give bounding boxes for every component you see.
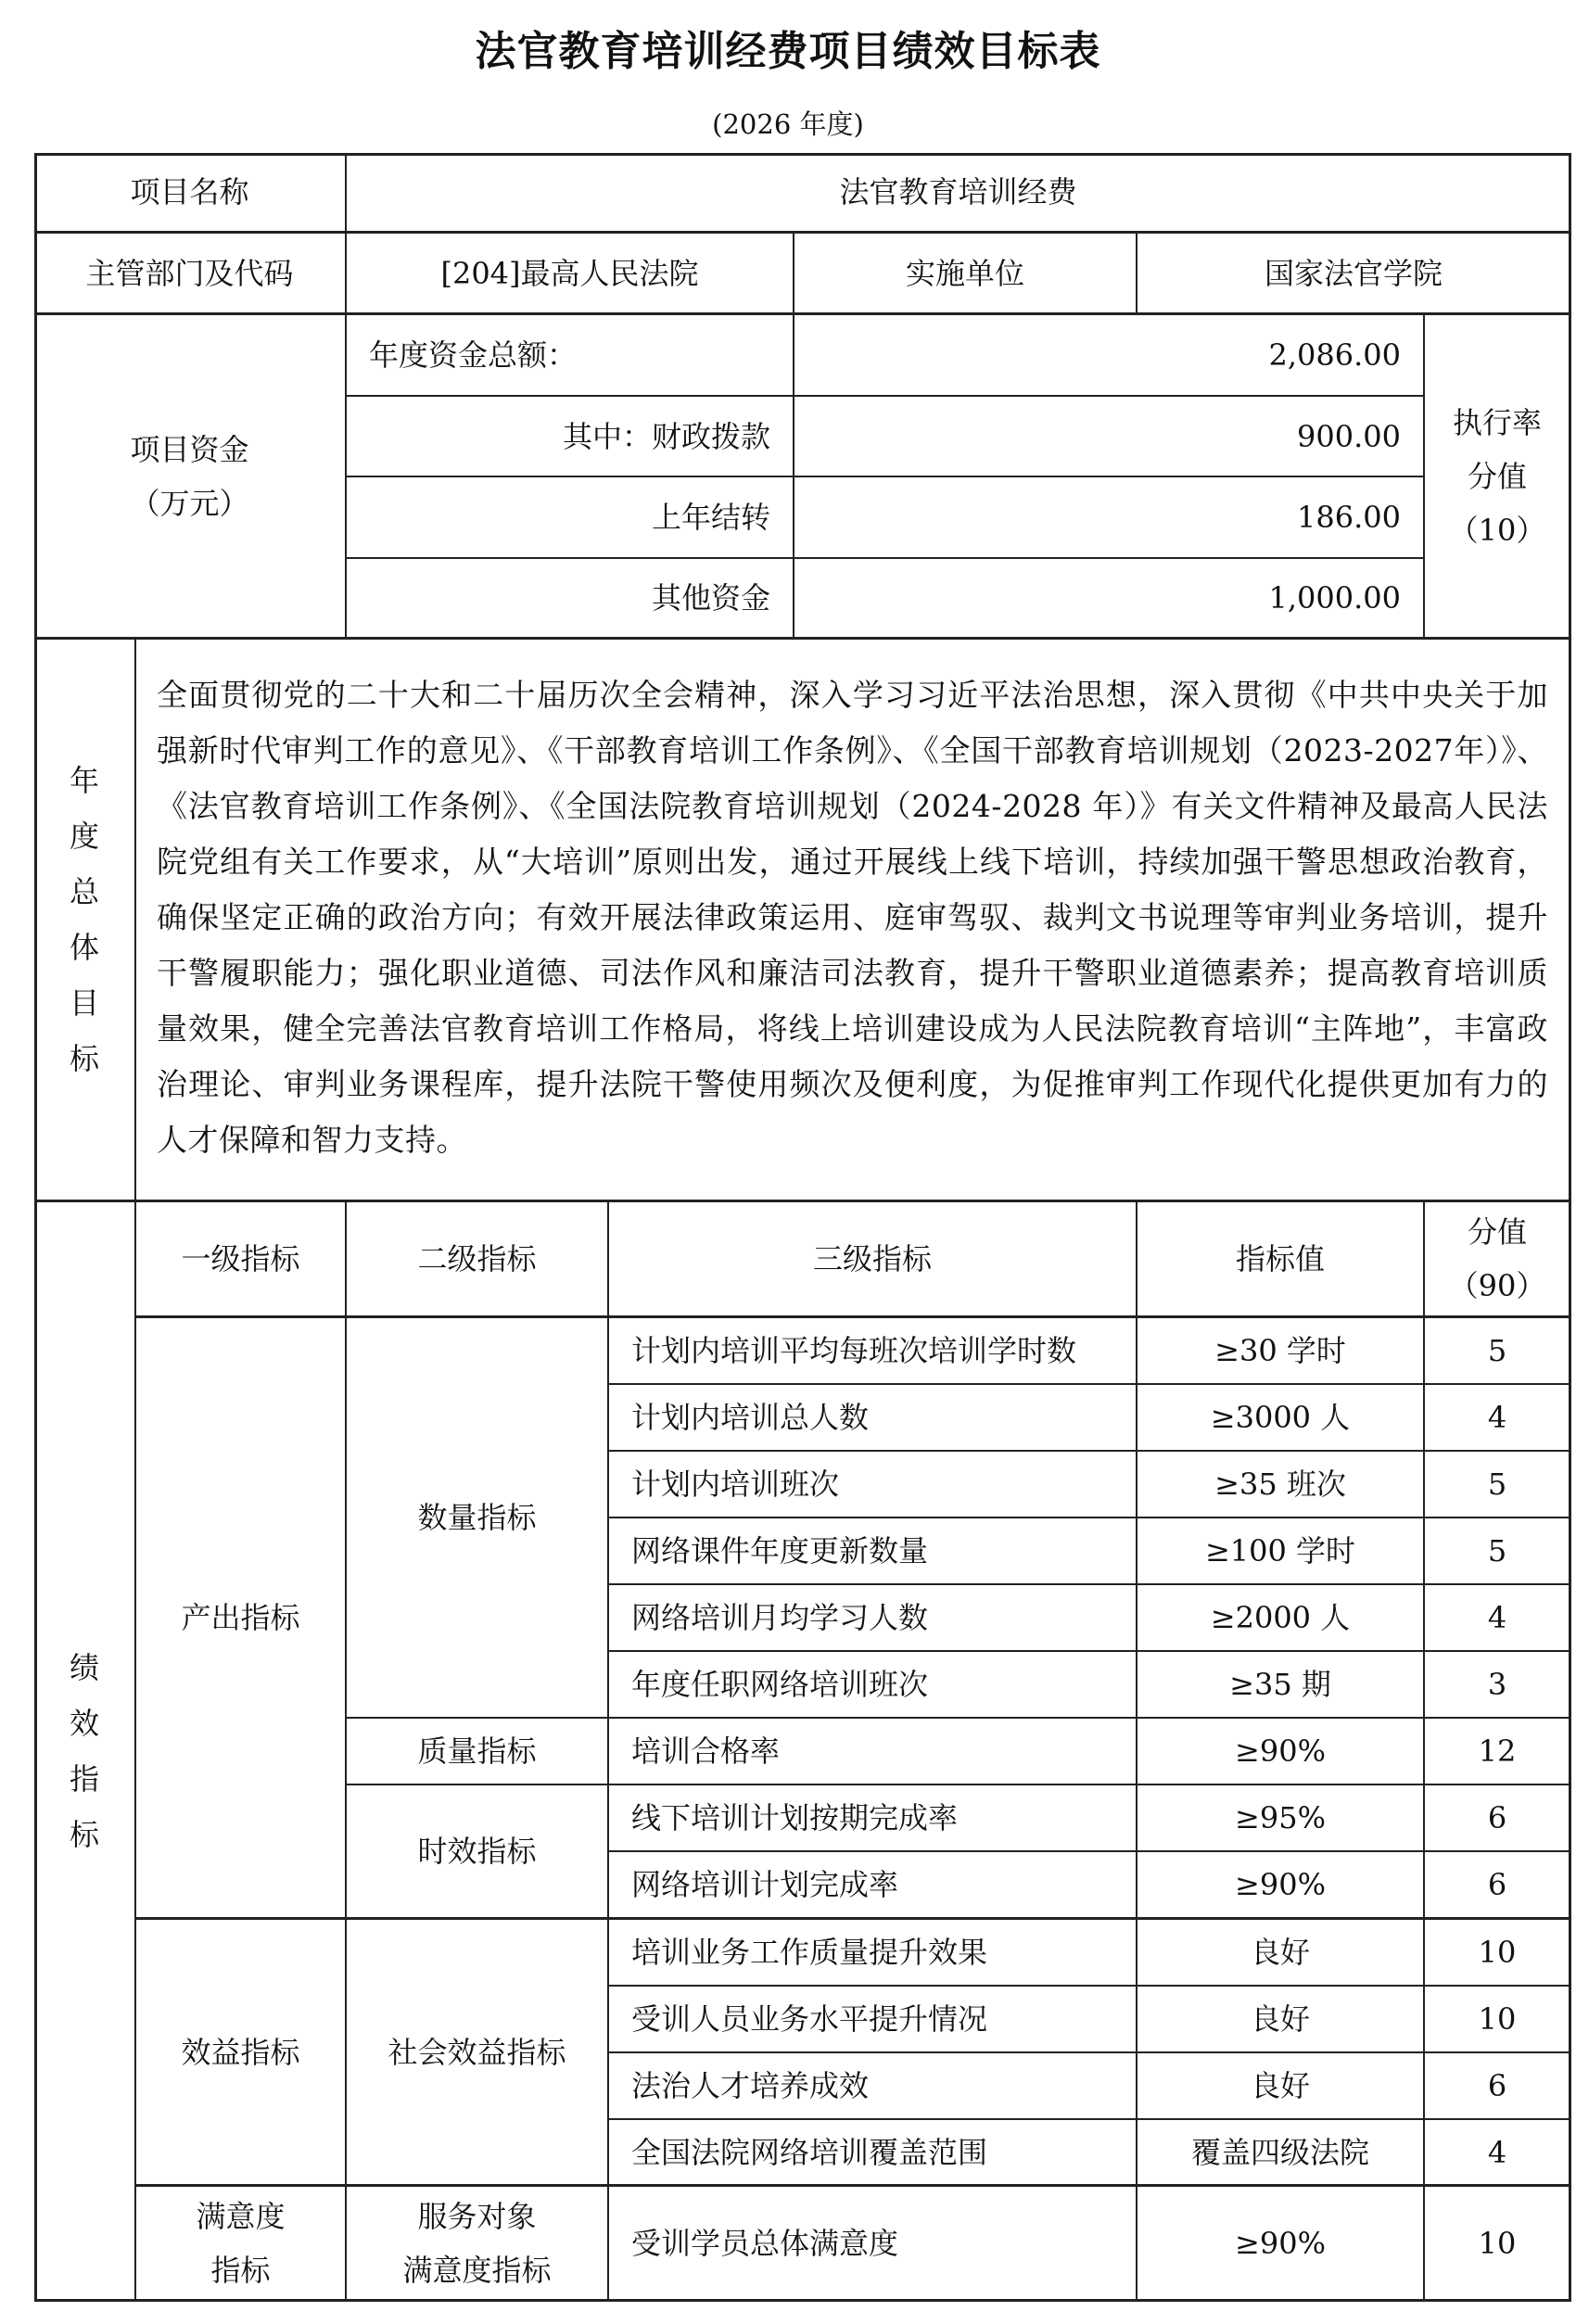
indicator-name: 线下培训计划按期完成率 (609, 1785, 1138, 1852)
annual-goals-text: 全面贯彻党的二十大和二十届历次全会精神，深入学习习近平法治思想，深入贯彻《中共中… (136, 640, 1570, 1202)
indicator-score: 10 (1425, 1920, 1571, 1987)
indicator-name: 年度任职网络培训班次 (609, 1652, 1138, 1719)
indicator-name: 法治人才培养成效 (609, 2053, 1138, 2120)
indicator-name: 培训业务工作质量提升效果 (609, 1920, 1138, 1987)
document-subtitle: (2026 年度) (0, 106, 1576, 143)
indicator-score: 4 (1425, 2120, 1571, 2187)
indicators-label-char: 绩 (70, 1640, 99, 1695)
indicator-score: 5 (1425, 1318, 1571, 1385)
indicator-value: ≥35 班次 (1138, 1452, 1425, 1518)
indicator-name: 网络培训计划完成率 (609, 1852, 1138, 1920)
group-service-satisfaction: 服务对象 满意度指标 (347, 2187, 609, 2302)
indicator-score: 12 (1425, 1719, 1571, 1785)
project-name-label: 项目名称 (34, 153, 347, 234)
indicator-score: 3 (1425, 1652, 1571, 1719)
indicator-name: 网络课件年度更新数量 (609, 1518, 1138, 1585)
indicator-name: 计划内培训平均每班次培训学时数 (609, 1318, 1138, 1385)
group-service-line2: 满意度指标 (402, 2243, 551, 2297)
header-score-line1: 分值 (1468, 1205, 1527, 1259)
goals-label-char: 年 (70, 753, 99, 808)
indicator-value: 良好 (1138, 1920, 1425, 1987)
indicators-label-char: 标 (70, 1807, 99, 1862)
group-quality: 质量指标 (347, 1719, 609, 1785)
header-score: 分值 （90） (1425, 1202, 1571, 1318)
indicator-value: 良好 (1138, 2053, 1425, 2120)
header-score-line2: （90） (1449, 1259, 1546, 1313)
indicator-value: ≥3000 人 (1138, 1385, 1425, 1452)
funding-label: 项目资金 （万元） (34, 315, 347, 640)
indicator-score: 6 (1425, 1785, 1571, 1852)
header-level1: 一级指标 (136, 1202, 347, 1318)
indicator-value: ≥35 期 (1138, 1652, 1425, 1719)
indicator-score: 5 (1425, 1518, 1571, 1585)
indicator-value: 覆盖四级法院 (1138, 2120, 1425, 2187)
funding-row-label: 其他资金 (347, 559, 794, 640)
indicator-value: ≥2000 人 (1138, 1585, 1425, 1652)
goals-label-char: 总 (70, 864, 99, 920)
funding-label-line1: 项目资金 (130, 423, 248, 476)
funding-row-value: 900.00 (794, 397, 1425, 477)
indicator-score: 6 (1425, 2053, 1571, 2120)
indicator-name: 计划内培训班次 (609, 1452, 1138, 1518)
group-timeliness: 时效指标 (347, 1785, 609, 1920)
indicator-score: 10 (1425, 2187, 1571, 2302)
indicator-name: 计划内培训总人数 (609, 1385, 1138, 1452)
indicator-score: 4 (1425, 1585, 1571, 1652)
goals-label-char: 体 (70, 920, 99, 975)
funding-row-label: 其中：财政拨款 (347, 397, 794, 477)
indicator-value: 良好 (1138, 1987, 1425, 2053)
funding-row-value: 2,086.00 (794, 315, 1425, 397)
indicator-score: 10 (1425, 1987, 1571, 2053)
indicator-name: 受训人员业务水平提升情况 (609, 1987, 1138, 2053)
performance-indicators-label: 绩 效 指 标 (34, 1202, 136, 2302)
group-satisfaction-line2: 指标 (210, 2243, 270, 2297)
dept-value: [204]最高人民法院 (347, 234, 794, 315)
funding-row-label: 上年结转 (347, 477, 794, 559)
indicator-value: ≥95% (1138, 1785, 1425, 1852)
indicator-value: ≥90% (1138, 1852, 1425, 1920)
indicator-name: 培训合格率 (609, 1719, 1138, 1785)
group-service-line1: 服务对象 (417, 2190, 536, 2243)
header-value: 指标值 (1138, 1202, 1425, 1318)
funding-label-line2: （万元） (130, 476, 248, 530)
document-title: 法官教育培训经费项目绩效目标表 (0, 24, 1576, 80)
group-output: 产出指标 (136, 1318, 347, 1920)
group-satisfaction-line1: 满意度 (196, 2190, 285, 2243)
group-social-benefit: 社会效益指标 (347, 1920, 609, 2187)
indicator-value: ≥100 学时 (1138, 1518, 1425, 1585)
execution-rate-label: 执行率 (1453, 396, 1542, 450)
goals-label-char: 度 (70, 808, 99, 864)
annual-goals-label: 年 度 总 体 目 标 (34, 640, 136, 1202)
indicator-value: ≥90% (1138, 2187, 1425, 2302)
indicator-name: 全国法院网络培训覆盖范围 (609, 2120, 1138, 2187)
indicator-score: 4 (1425, 1385, 1571, 1452)
project-name-value: 法官教育培训经费 (347, 153, 1571, 234)
indicator-score: 5 (1425, 1452, 1571, 1518)
execution-rate-score: 执行率 分值 （10） (1425, 315, 1571, 640)
indicator-value: ≥30 学时 (1138, 1318, 1425, 1385)
impl-label: 实施单位 (794, 234, 1138, 315)
goals-label-char: 目 (70, 975, 99, 1031)
funding-row-value: 186.00 (794, 477, 1425, 559)
score-value: （10） (1449, 503, 1546, 557)
funding-row-value: 1,000.00 (794, 559, 1425, 640)
header-level3: 三级指标 (609, 1202, 1138, 1318)
indicator-score: 6 (1425, 1852, 1571, 1920)
dept-label: 主管部门及代码 (34, 234, 347, 315)
impl-value: 国家法官学院 (1138, 234, 1571, 315)
indicator-name: 网络培训月均学习人数 (609, 1585, 1138, 1652)
score-label: 分值 (1468, 450, 1527, 503)
group-benefit: 效益指标 (136, 1920, 347, 2187)
indicator-name: 受训学员总体满意度 (609, 2187, 1138, 2302)
funding-row-label: 年度资金总额： (347, 315, 794, 397)
indicators-label-char: 指 (70, 1751, 99, 1807)
group-quantity: 数量指标 (347, 1318, 609, 1719)
header-level2: 二级指标 (347, 1202, 609, 1318)
indicators-label-char: 效 (70, 1695, 99, 1751)
group-satisfaction: 满意度 指标 (136, 2187, 347, 2302)
indicator-value: ≥90% (1138, 1719, 1425, 1785)
goals-label-char: 标 (70, 1031, 99, 1086)
